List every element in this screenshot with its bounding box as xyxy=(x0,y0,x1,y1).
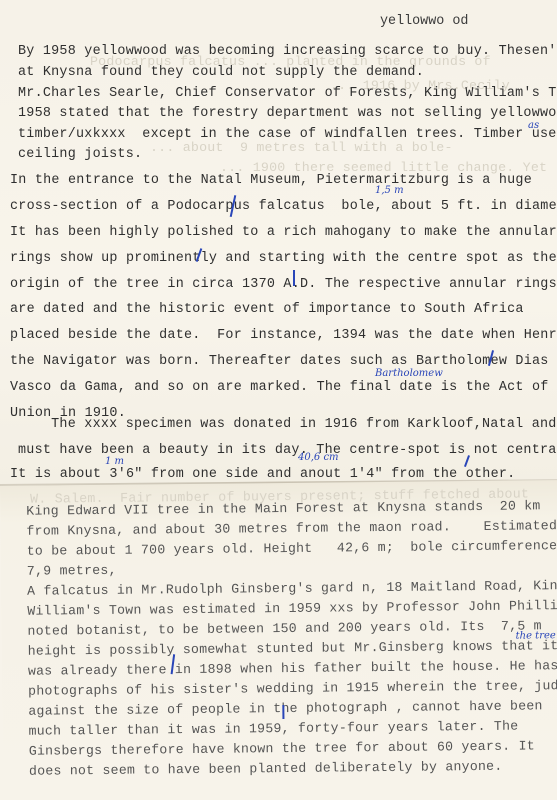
text-line: does not seem to have been planted delib… xyxy=(29,759,503,779)
pen-annotation: 1,5 m xyxy=(375,185,404,196)
text-line: Vasco da Gama, and so on are marked. The… xyxy=(10,380,549,395)
text-line: the Navigator was born. Thereafter dates… xyxy=(10,354,549,369)
text-line: much taller than it was in 1959, forty-f… xyxy=(28,719,518,739)
text-line: against the size of people in the photog… xyxy=(28,698,542,718)
text-line: By 1958 yellowwood was becoming increasi… xyxy=(18,44,557,59)
pen-annotation: 40,6 cm xyxy=(298,452,339,463)
text-line: It has been highly polished to a rich ma… xyxy=(10,225,557,240)
pen-annotation: as xyxy=(528,120,539,131)
text-line: 7,9 metres, xyxy=(27,563,117,579)
text-line: rings show up prominently and starting w… xyxy=(10,251,557,266)
text-line: The xxxx specimen was donated in 1916 fr… xyxy=(18,417,557,432)
text-line: from Knysna, and about 30 metres from th… xyxy=(26,518,557,539)
text-line: photographs of his sister's wedding in 1… xyxy=(28,678,557,699)
text-line: Ginsbergs therefore have known the tree … xyxy=(29,738,535,758)
text-line: In the entrance to the Natal Museum, Pie… xyxy=(10,173,532,188)
text-line: 1958 stated that the forestry department… xyxy=(18,106,557,121)
text-line: noted botanist, to be between 150 and 20… xyxy=(27,618,541,638)
pen-annotation: Bartholomew xyxy=(375,368,443,379)
text-line: origin of the tree in circa 1370 A.D. Th… xyxy=(10,277,557,292)
document-page-bottom: W. Salem. Fair number of buyers present;… xyxy=(0,480,557,800)
document-page-top: Podocarpus falcatus ... planted in the g… xyxy=(0,0,557,486)
text-line: must have been a beauty in its day. The … xyxy=(18,443,557,458)
text-line: William's Town was estimated in 1959 xxs… xyxy=(27,598,557,619)
text-line: timber/uxkxxx except in the case of wind… xyxy=(18,127,557,142)
text-line: placed beside the date. For instance, 13… xyxy=(10,328,557,343)
pen-annotation: 1 m xyxy=(105,456,124,467)
text-line: at Knysna found they could not supply th… xyxy=(18,65,424,80)
page-header: yellowwo od xyxy=(380,14,468,29)
pen-annotation: the tree xyxy=(516,630,556,641)
text-line: ceiling joists. xyxy=(18,147,142,162)
pen-correction-mark xyxy=(282,705,284,719)
text-line: are dated and the historic event of impo… xyxy=(10,302,524,317)
text-line: height is possibly somewhat stunted but … xyxy=(28,638,557,659)
text-line: to be about 1 700 years old. Height 42,6… xyxy=(27,538,557,559)
text-line: was already there in 1898 when his fathe… xyxy=(28,658,557,679)
text-line: cross-section of a Podocarpus falcatus b… xyxy=(10,199,557,214)
pen-correction-mark xyxy=(293,270,295,286)
text-line: Mr.Charles Searle, Chief Conservator of … xyxy=(18,86,557,101)
bleed-through-text: ... about 9 metres tall with a bole- xyxy=(150,140,453,155)
text-line: A falcatus in Mr.Rudolph Ginsberg's gard… xyxy=(27,578,557,599)
